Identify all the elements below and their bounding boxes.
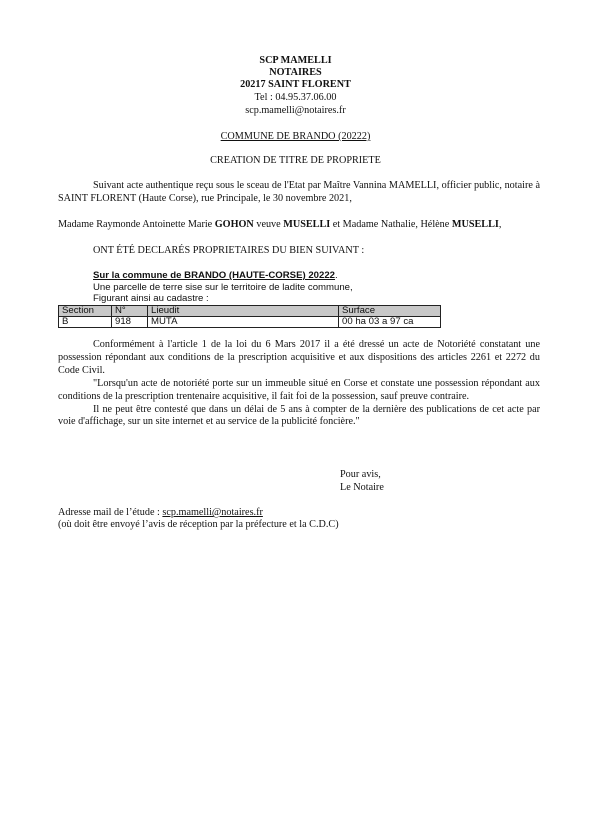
intro-text: Suivant acte authentique reçu sous le sc… bbox=[58, 180, 540, 206]
cell-section: B bbox=[59, 317, 112, 328]
intro-paragraph: Suivant acte authentique reçu sous le sc… bbox=[58, 180, 540, 206]
owners-text-4: , bbox=[499, 219, 502, 230]
header-section: Section bbox=[59, 306, 112, 317]
property-description: Une parcelle de terre sise sur le territ… bbox=[93, 282, 353, 293]
signature-line-2: Le Notaire bbox=[340, 482, 384, 493]
declared-statement: ONT ÉTÉ DECLARÉS PROPRIETAIRES DU BIEN S… bbox=[93, 245, 364, 256]
owners-text-3: et Madame Nathalie, Hélène bbox=[330, 219, 452, 230]
cadastre-intro: Figurant ainsi au cadastre : bbox=[93, 293, 209, 304]
owners-text-2: veuve bbox=[254, 219, 283, 230]
cadastre-header-row: Section N° Lieudit Surface bbox=[59, 306, 441, 317]
owners-text-1: Madame Raymonde Antoinette Marie bbox=[58, 219, 215, 230]
owner-name-1: GOHON bbox=[215, 219, 254, 230]
document-title: CREATION DE TITRE DE PROPRIETE bbox=[0, 155, 591, 166]
footer-note: (où doit être envoyé l’avis de réception… bbox=[58, 519, 339, 530]
table-row: B 918 MUTA 00 ha 03 a 97 ca bbox=[59, 317, 441, 328]
firm-phone: Tel : 04.95.37.06.00 bbox=[0, 92, 591, 103]
firm-title: NOTAIRES bbox=[0, 67, 591, 78]
legal-paragraph-1: Conformément à l'article 1 de la loi du … bbox=[58, 339, 540, 378]
legal-paragraph-3: Il ne peut être contesté que dans un dél… bbox=[58, 404, 540, 430]
property-location-end: . bbox=[335, 270, 338, 281]
header-surface: Surface bbox=[339, 306, 441, 317]
legal-notice: Conformément à l'article 1 de la loi du … bbox=[58, 339, 540, 429]
cell-surface: 00 ha 03 a 97 ca bbox=[339, 317, 441, 328]
cell-number: 918 bbox=[112, 317, 148, 328]
legal-paragraph-2: "Lorsqu'un acte de notoriété porte sur u… bbox=[58, 378, 540, 404]
property-location: Sur la commune de BRANDO (HAUTE-CORSE) 2… bbox=[93, 270, 338, 281]
firm-email: scp.mamelli@notaires.fr bbox=[0, 105, 591, 116]
footer-email-link[interactable]: scp.mamelli@notaires.fr bbox=[162, 507, 262, 518]
property-location-text: Sur la commune de BRANDO (HAUTE-CORSE) 2… bbox=[93, 270, 335, 281]
owners-line: Madame Raymonde Antoinette Marie GOHON v… bbox=[58, 219, 501, 230]
header-number: N° bbox=[112, 306, 148, 317]
owner-name-2: MUSELLI bbox=[283, 219, 330, 230]
commune-heading: COMMUNE DE BRANDO (20222) bbox=[0, 131, 591, 142]
header-lieudit: Lieudit bbox=[148, 306, 339, 317]
firm-city: 20217 SAINT FLORENT bbox=[0, 79, 591, 90]
cell-lieudit: MUTA bbox=[148, 317, 339, 328]
signature-line-1: Pour avis, bbox=[340, 469, 381, 480]
footer-email-line: Adresse mail de l’étude : scp.mamelli@no… bbox=[58, 507, 263, 518]
owner-name-3: MUSELLI bbox=[452, 219, 499, 230]
firm-name: SCP MAMELLI bbox=[0, 55, 591, 66]
footer-email-label: Adresse mail de l’étude : bbox=[58, 507, 162, 518]
cadastre-table: Section N° Lieudit Surface B 918 MUTA 00… bbox=[58, 305, 441, 328]
